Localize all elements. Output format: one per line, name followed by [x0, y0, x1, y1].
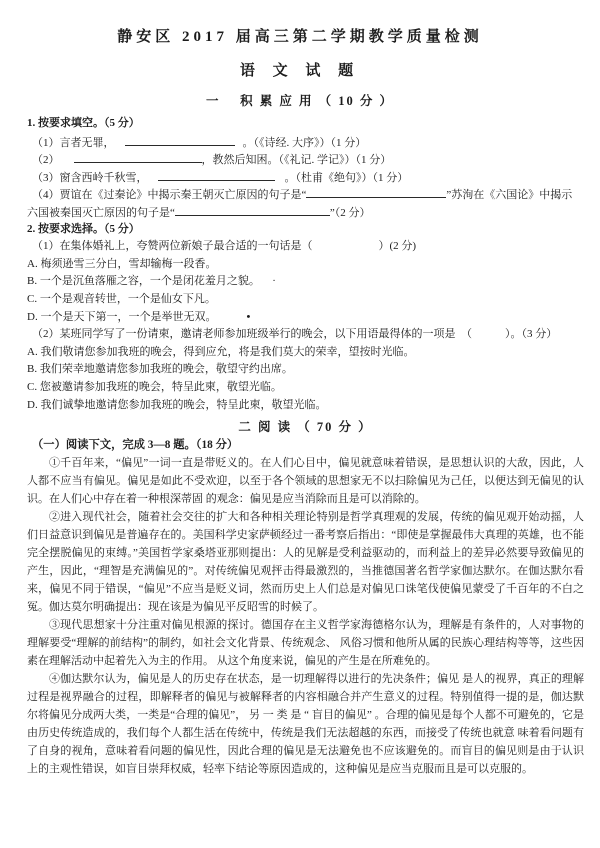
reading-paragraph-3: ③现代思想家十分注重对偏见根源的探讨。德国存在主义哲学家海德格尔认为，理解是有条… — [27, 616, 584, 670]
option-2-1-b: B. 一个是沉鱼落雁之容，一个是闭花羞月之貌。· — [27, 273, 584, 291]
fill-item-2-post: ，教然后知困。（《礼记. 学记》）（1 分） — [202, 154, 392, 166]
answer-blank — [74, 150, 202, 163]
fill-item-2: （2），教然后知困。（《礼记. 学记》）（1 分） — [27, 150, 584, 168]
fill-item-4-post: ”苏洵在《六国论》中揭示 — [446, 189, 572, 201]
option-2-2-d: D. 我们诚挚地邀请您参加我班的晚会，特呈此柬，敬望光临。 — [27, 397, 584, 415]
section-heading-accumulation: 一 积 累 应 用 （ 10 分 ） — [0, 93, 600, 110]
option-2-1-b-text: B. 一个是沉鱼落雁之容，一个是闭花羞月之貌。 — [27, 275, 254, 287]
fill-item-3-pre: （3）窗含西岭千秋雪， — [32, 172, 148, 184]
question-area: 1. 按要求填空。（5 分） （1）言者无罪，。（《诗经. 大序》）（1 分） … — [0, 110, 600, 778]
fill-item-3-post: 。（杜甫《绝句》）（1 分） — [285, 172, 409, 184]
stray-dot-mark: • — [246, 311, 250, 323]
exam-subtitle: 语 文 试 题 — [0, 61, 600, 81]
exam-paper-page: 静安区 2017 届高三第二学期教学质量检测 语 文 试 题 一 积 累 应 用… — [0, 0, 600, 848]
question-1-stem: 1. 按要求填空。（5 分） — [27, 115, 584, 133]
answer-blank — [175, 203, 330, 216]
option-2-2-b: B. 我们荣幸地邀请您参加我班的晚会，敬望守约出席。 — [27, 361, 584, 379]
fill-item-5-pre: 六国被秦国灭亡原因的句子是“ — [27, 207, 175, 219]
fill-item-3: （3）窗含西岭千秋雪，。（杜甫《绝句》）（1 分） — [27, 168, 584, 186]
answer-blank — [125, 133, 235, 146]
option-2-1-a: A. 梅须逊雪三分白，雪却输梅一段香。 — [27, 256, 584, 274]
exam-title: 静安区 2017 届高三第二学期教学质量检测 — [0, 27, 600, 47]
reading-paragraph-2: ②进入现代社会，随着社会交往的扩大和各种相关理论特别是哲学真理观的发展，传统的偏… — [27, 508, 584, 616]
option-2-2-c: C. 您被邀请参加我班的晚会，特呈此柬，敬望光临。 — [27, 379, 584, 397]
fill-item-1-post: 。（《诗经. 大序》）（1 分） — [243, 137, 367, 149]
reading-part-one-heading: （一）阅读下文，完成 3—8 题。（18 分） — [27, 436, 584, 454]
fill-item-1: （1）言者无罪，。（《诗经. 大序》）（1 分） — [27, 133, 584, 151]
question-2-stem: 2. 按要求选择。（5 分） — [27, 221, 584, 239]
answer-blank — [306, 185, 446, 198]
reading-paragraph-1: ①千百年来，“偏见”一词一直是带贬义的。在人们心目中，偏见就意味着错误，是思想认… — [27, 454, 584, 508]
answer-blank — [158, 168, 275, 181]
fill-item-1-pre: （1）言者无罪， — [32, 137, 115, 149]
option-2-1-d: D. 一个是天下第一，一个是举世无双。• — [27, 309, 584, 327]
fill-item-2-pre: （2） — [32, 154, 60, 166]
option-2-2-a: A. 我们敬请您参加我班的晚会，得到应允，将是我们莫大的荣幸，望按时光临。 — [27, 344, 584, 362]
fill-item-4-line1: （4）贾谊在《过秦论》中揭示秦王朝灭亡原因的句子是“”苏洵在《六国论》中揭示 — [27, 185, 584, 203]
reading-paragraph-4: ④伽达默尔认为，偏见是人的历史存在状态，是一切理解得以进行的先决条件；偏见 是人… — [27, 670, 584, 778]
fill-item-4-pre: （4）贾谊在《过秦论》中揭示秦王朝灭亡原因的句子是“ — [32, 189, 306, 201]
question-2-2-stem: （2）某班同学写了一份请柬，邀请老师参加班级举行的晚会，以下用语最得体的一项是 … — [27, 326, 584, 344]
section-heading-reading: 二 阅 读 （ 70 分 ） — [27, 418, 584, 436]
option-2-1-c: C. 一个是观音转世，一个是仙女下凡。 — [27, 291, 584, 309]
stray-dot-mark: · — [272, 276, 275, 287]
fill-item-4-line2: 六国被秦国灭亡原因的句子是“”（2 分） — [27, 203, 584, 221]
fill-item-5-post: ”（2 分） — [330, 207, 371, 219]
reading-passage: ①千百年来，“偏见”一词一直是带贬义的。在人们心目中，偏见就意味着错误，是思想认… — [27, 454, 584, 778]
question-2-1-stem: （1）在集体婚礼上，夸赞两位新娘子最合适的一句话是（ ）(2 分) — [27, 238, 584, 256]
option-2-1-d-text: D. 一个是天下第一，一个是举世无双。 — [27, 311, 216, 323]
